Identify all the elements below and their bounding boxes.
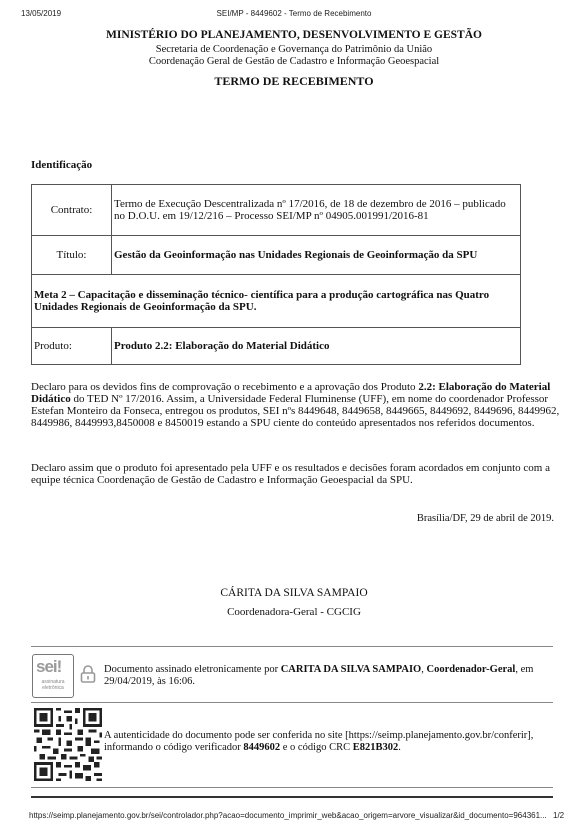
print-footer: https://seimp.planejamento.gov.br/sei/co… <box>0 811 588 823</box>
sei-signature-logo: sei! assinaturaeletrônica <box>32 654 74 698</box>
print-url: https://seimp.planejamento.gov.br/sei/co… <box>29 811 547 820</box>
identification-table: Contrato: Termo de Execução Descentraliz… <box>31 184 521 365</box>
identification-label: Identificação <box>31 159 92 171</box>
secretariat-heading: Secretaria de Coordenação e Governança d… <box>0 44 588 55</box>
divider <box>31 646 553 647</box>
declaration-paragraph-2: Declaro assim que o produto foi apresent… <box>31 462 561 486</box>
document-title: TERMO DE RECEBIMENTO <box>0 74 588 89</box>
contract-label: Contrato: <box>32 185 112 236</box>
place-date: Brasília/DF, 29 de abril de 2019. <box>0 513 554 524</box>
divider <box>31 787 553 788</box>
goal-value: Meta 2 – Capacitação e disseminação técn… <box>32 275 521 328</box>
page-number: 1/2 <box>553 811 564 820</box>
signatory-name: CÁRITA DA SILVA SAMPAIO <box>0 587 588 599</box>
coordination-heading: Coordenação Geral de Gestão de Cadastro … <box>0 56 588 67</box>
sig-role: Coordenador-Geral <box>426 664 515 675</box>
authenticity-text: A autenticidade do documento pode ser co… <box>104 730 556 754</box>
contract-value: Termo de Execução Descentralizada nº 17/… <box>112 185 521 236</box>
print-title: SEI/MP - 8449602 - Termo de Recebimento <box>0 9 588 18</box>
crc-code: E821B302 <box>353 742 399 753</box>
sei-logo-sub-2: eletrônica <box>42 685 64 691</box>
electronic-signature-text: Documento assinado eletronicamente por C… <box>104 664 556 688</box>
signatory-role: Coordenadora-Geral - CGCIG <box>0 606 588 618</box>
auth-text-c: . <box>398 742 401 753</box>
ministry-heading: MINISTÉRIO DO PLANEJAMENTO, DESENVOLVIME… <box>0 29 588 41</box>
title-value: Gestão da Geoinformação nas Unidades Reg… <box>112 236 521 275</box>
table-row-product: Produto: Produto 2.2: Elaboração do Mate… <box>32 328 521 365</box>
declaration-paragraph-1: Declaro para os devidos fins de comprova… <box>31 381 561 429</box>
product-label: Produto: <box>32 328 112 365</box>
p1-text-a: Declaro para os devidos fins de comprova… <box>31 381 418 393</box>
product-value: Produto 2.2: Elaboração do Material Didá… <box>112 328 521 365</box>
table-row-contract: Contrato: Termo de Execução Descentraliz… <box>32 185 521 236</box>
footer-divider <box>31 796 553 798</box>
sig-text-a: Documento assinado eletronicamente por <box>104 664 281 675</box>
sig-signer: CARITA DA SILVA SAMPAIO <box>281 664 422 675</box>
sei-logo-word: sei! <box>36 657 61 677</box>
title-label: Título: <box>32 236 112 275</box>
print-header: 13/05/2019 SEI/MP - 8449602 - Termo de R… <box>0 9 588 21</box>
divider <box>31 702 553 703</box>
table-row-title: Título: Gestão da Geoinformação nas Unid… <box>32 236 521 275</box>
table-row-goal: Meta 2 – Capacitação e disseminação técn… <box>32 275 521 328</box>
auth-text-b: e o código CRC <box>280 742 353 753</box>
verifier-code: 8449602 <box>243 742 280 753</box>
p1-text-b: do TED Nº 17/2016. Assim, a Universidade… <box>31 393 559 429</box>
sei-logo-subtitle: assinaturaeletrônica <box>35 679 71 691</box>
qr-code-icon <box>34 707 102 782</box>
lock-icon <box>78 664 98 684</box>
